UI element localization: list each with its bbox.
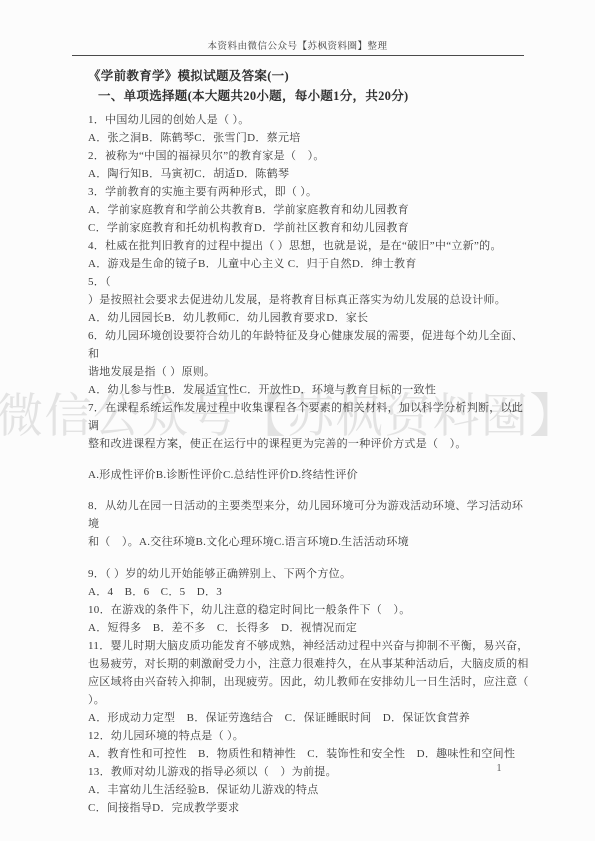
page-number: 1 bbox=[492, 763, 506, 774]
question-line: A．4 B．6 C．5 D．3 bbox=[88, 583, 532, 601]
question-line: 4．杜威在批判旧教育的过程中提出（ ）思想，也就是说，是在“破旧”中“立新”的。 bbox=[88, 237, 532, 255]
question-line: ）是按照社会要求去促进幼儿发展，是将教育目标真正落实为幼儿发展的总设计师。 bbox=[88, 291, 532, 309]
question-line: 应区域将由兴奋转入抑制，出现疲劳。因此，幼儿教师在安排幼儿一日生活时，应注意（ bbox=[88, 673, 532, 691]
question-line: A．幼儿参与性B．发展适宜性C．开放性D．环境与教育目标的一致性 bbox=[88, 381, 532, 399]
header-divider bbox=[72, 55, 524, 56]
question-line: 也易疲劳，对长期的刺激耐受力小，注意力很难持久，在从事某种活动后，大脑皮质的相 bbox=[88, 655, 532, 673]
question-line: A．丰富幼儿生活经验B．保证幼儿游戏的特点 bbox=[88, 781, 532, 799]
question-line: 整和改进课程方案，使正在运行中的课程更为完善的一种评价方式是（ ）。 bbox=[88, 435, 532, 453]
question-line: 9．（ ）岁的幼儿开始能够正确辨别上、下两个方位。 bbox=[88, 565, 532, 583]
question-line: C．学前家庭教育和托幼机构教育D．学前社区教育和幼儿园教育 bbox=[88, 219, 532, 237]
line-gap bbox=[88, 453, 532, 466]
question-line: 12．幼儿园环境的特点是（ ）。 bbox=[88, 727, 532, 745]
question-line: 1．中国幼儿园的创始人是（ ）。 bbox=[88, 111, 532, 129]
question-line: 和（ ）。A.交往环境B.文化心理环境C.语言环境D.生活活动环境 bbox=[88, 533, 532, 551]
question-line: A.形成性评价B.诊断性评价C.总结性评价D.终结性评价 bbox=[88, 466, 532, 484]
question-line: 13．教师对幼儿游戏的指导必须以（ ）为前提。 bbox=[88, 763, 532, 781]
question-line: 3．学前教育的实施主要有两种形式，即（ ）。 bbox=[88, 183, 532, 201]
question-line: A．游戏是生命的镜子B．儿童中心主义 C．归于自然D．绅士教育 bbox=[88, 255, 532, 273]
question-line: A．教育性和可控性 B．物质性和精神性 C．装饰性和安全性 D．趣味性和空间性 bbox=[88, 745, 532, 763]
question-line: 谐地发展是指（ ）原则。 bbox=[88, 363, 532, 381]
question-line: A．学前家庭教育和学前公共教育B．学前家庭教育和幼儿园教育 bbox=[88, 201, 532, 219]
header-note: 本资料由微信公众号【苏枫资料圈】整理 bbox=[72, 38, 523, 52]
question-line: 8．从幼儿在园一日活动的主要类型来分，幼儿园环境可分为游戏活动环境、学习活动环境 bbox=[88, 497, 532, 533]
question-line: 11．婴儿时期大脑皮质功能发育不够成熟，神经活动过程中兴奋与抑制不平衡，易兴奋， bbox=[88, 637, 532, 655]
document-page: 本资料由微信公众号【苏枫资料圈】整理 微信公众号【苏枫资料圈】 《学前教育学》模… bbox=[0, 0, 595, 841]
question-line: 2．被称为“中国的福禄贝尔”的教育家是（ ）。 bbox=[88, 147, 532, 165]
question-line: 10．在游戏的条件下，幼儿注意的稳定时间比一般条件下（ ）。 bbox=[88, 601, 532, 619]
question-line: 6．幼儿园环境创设要符合幼儿的年龄特征及身心健康发展的需要，促进每个幼儿全面、和 bbox=[88, 327, 532, 363]
document-body: 《学前教育学》模拟试题及答案(一) 一、单项选择题(本大题共20小题，每小题1分… bbox=[88, 66, 532, 817]
question-line: A．形成动力定型 B．保证劳逸结合 C．保证睡眠时间 D．保证饮食营养 bbox=[88, 709, 532, 727]
question-line: C．间接指导D．完成教学要求 bbox=[88, 799, 532, 817]
question-line: ）。 bbox=[88, 691, 532, 709]
section-heading: 一、单项选择题(本大题共20小题，每小题1分，共20分) bbox=[98, 86, 532, 106]
question-line: A．张之洞B．陈鹤琴C．张雪门D．蔡元培 bbox=[88, 129, 532, 147]
page-title: 《学前教育学》模拟试题及答案(一) bbox=[88, 66, 532, 86]
question-lines: 1．中国幼儿园的创始人是（ ）。A．张之洞B．陈鹤琴C．张雪门D．蔡元培2．被称… bbox=[88, 111, 532, 817]
question-line: 7．在课程系统运作发展过程中收集课程各个要素的相关材料，加以科学分析判断，以此调 bbox=[88, 399, 532, 435]
question-line: A．陶行知B．马寅初C．胡适D．陈鹤琴 bbox=[88, 165, 532, 183]
question-line: A．幼儿园园长B．幼儿教师C．幼儿园教育要求D．家长 bbox=[88, 309, 532, 327]
line-gap bbox=[88, 484, 532, 497]
line-gap bbox=[88, 551, 532, 565]
question-line: A．短得多 B．差不多 C．长得多 D．视情况而定 bbox=[88, 619, 532, 637]
question-line: 5．（ bbox=[88, 273, 532, 291]
